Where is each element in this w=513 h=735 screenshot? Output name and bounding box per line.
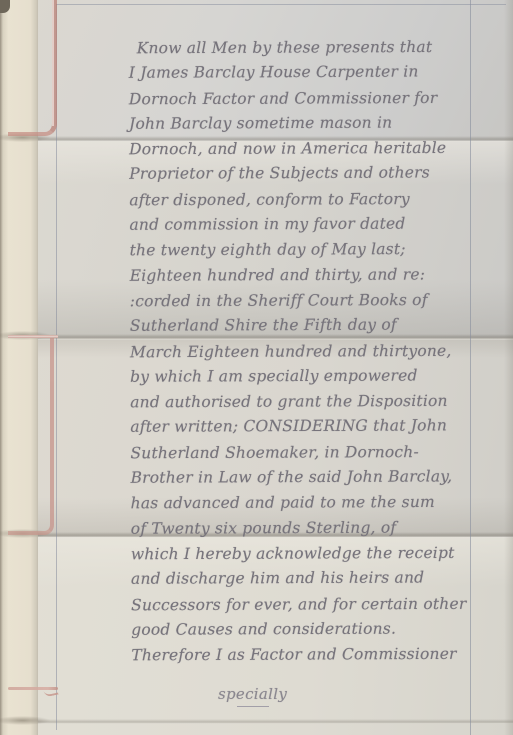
document-scan: Know all Men by these presents that I Ja… bbox=[0, 0, 513, 735]
catchword-text: specially bbox=[218, 685, 287, 703]
handwriting-line: Sutherland Shire the Fifth day of bbox=[130, 313, 478, 340]
handwriting-line: I James Barclay House Carpenter in bbox=[129, 60, 477, 87]
handwriting-line: Dornoch Factor and Commissioner for bbox=[129, 85, 477, 112]
handwriting-line: and discharge him and his heirs and bbox=[131, 565, 479, 592]
handwriting-line: good Causes and considerations. bbox=[131, 616, 479, 643]
handwriting-line: Know all Men by these presents that bbox=[129, 35, 477, 62]
catchword: specially bbox=[218, 685, 287, 707]
handwriting-line: the twenty eighth day of May last; bbox=[130, 237, 478, 264]
handwriting-line: Successors for ever, and for certain oth… bbox=[131, 591, 479, 618]
handwriting-line: which I hereby acknowledge the receipt bbox=[131, 541, 479, 568]
red-margin-line-highlight bbox=[52, 0, 54, 126]
handwriting-line: after disponed, conform to Factory bbox=[129, 187, 477, 214]
handwriting-line: :corded in the Sheriff Court Books of bbox=[130, 288, 478, 315]
handwriting-line: of Twenty six pounds Sterling, of bbox=[131, 515, 479, 542]
red-margin-line-top bbox=[8, 0, 57, 136]
handwriting-line: by which I am specially empowered bbox=[130, 363, 478, 390]
handwriting-line: John Barclay sometime mason in bbox=[129, 110, 477, 137]
handwriting-line: Brother in Law of the said John Barclay, bbox=[130, 464, 478, 491]
catchword-underline bbox=[237, 706, 269, 707]
handwriting-line: Sutherland Shoemaker, in Dornoch- bbox=[130, 439, 478, 466]
handwritten-text-block: Know all Men by these presents that I Ja… bbox=[129, 34, 480, 668]
handwriting-line: Dornoch, and now in America heritable bbox=[129, 136, 477, 163]
bottom-edge-crease bbox=[0, 719, 513, 724]
handwriting-line: March Eighteen hundred and thirtyone, bbox=[130, 338, 478, 365]
handwriting-line: Eighteen hundred and thirty, and re: bbox=[130, 262, 478, 289]
handwriting-line: Proprietor of the Subjects and others bbox=[129, 161, 477, 188]
handwriting-line: after written; CONSIDERING that John bbox=[130, 414, 478, 441]
fold-bump bbox=[0, 716, 50, 725]
red-margin-line-middle bbox=[8, 338, 54, 535]
handwriting-line: and authorised to grant the Disposition bbox=[130, 389, 478, 416]
handwriting-line: has advanced and paid to me the sum bbox=[131, 490, 479, 517]
handwriting-line: Therefore I as Factor and Commissioner bbox=[131, 642, 479, 669]
handwriting-line: and commission in my favor dated bbox=[129, 211, 477, 238]
top-rule-line bbox=[56, 4, 506, 5]
paper-right-edge-shadow bbox=[504, 0, 513, 735]
